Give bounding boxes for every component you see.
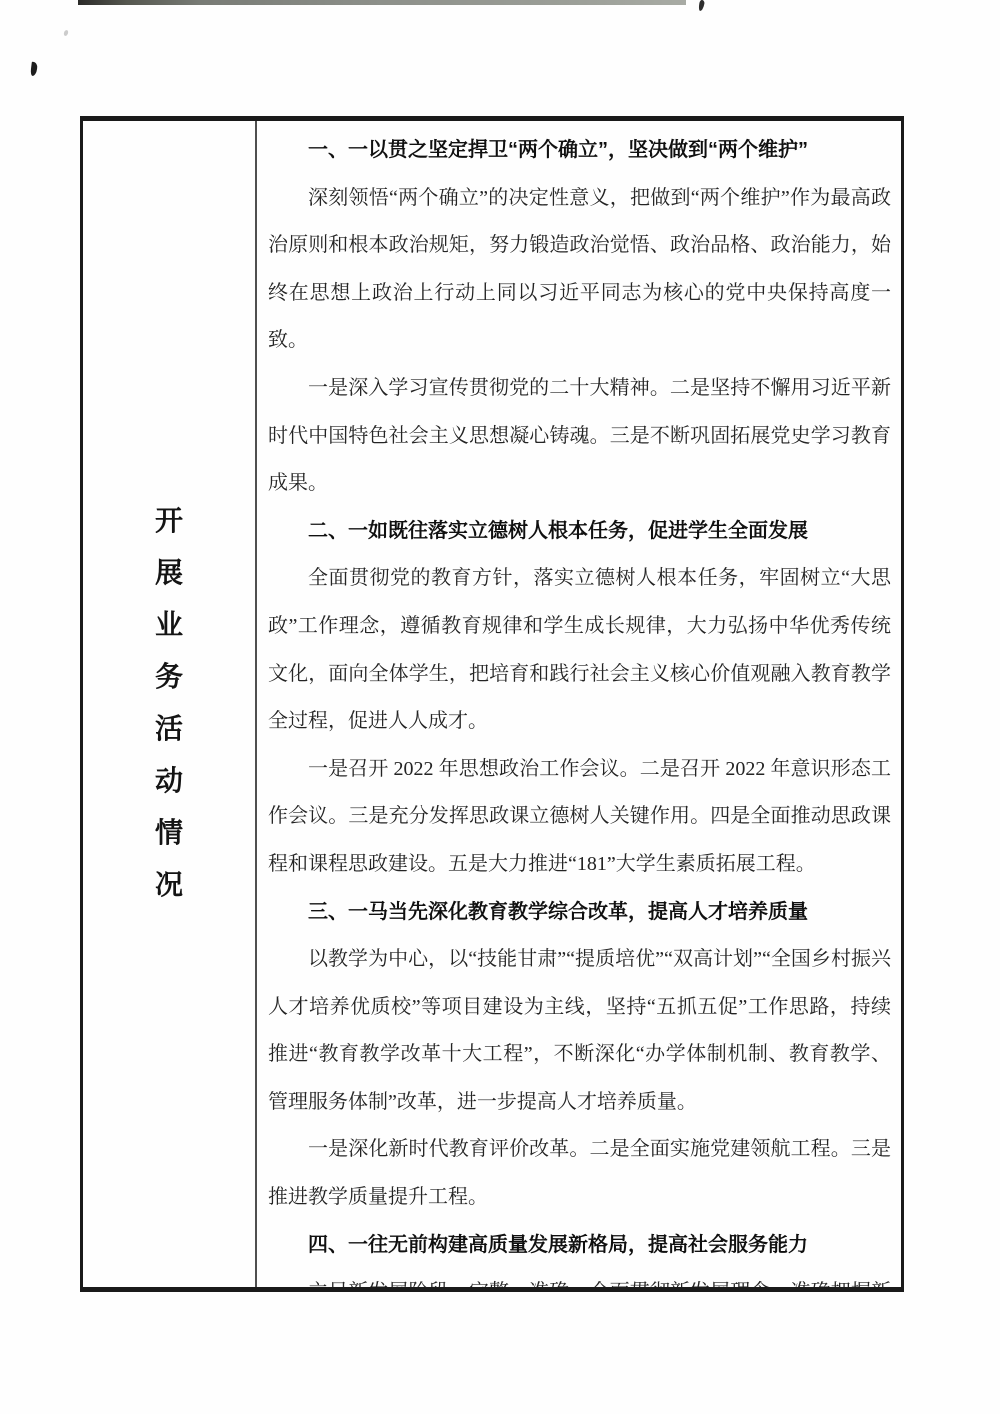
- activities-table: 开展业务活动情况 一、一以贯之坚定捍卫“两个确立”，坚决做到“两个维护”深刻领悟…: [80, 116, 904, 1292]
- body-paragraph: 一是深化新时代教育评价改革。二是全面实施党建领航工程。三是推进教学质量提升工程。: [268, 1126, 891, 1221]
- row-header-char: 展: [155, 548, 183, 600]
- row-header-cell: 开展业务活动情况: [83, 121, 257, 1287]
- body-paragraph: 一是召开 2022 年思想政治工作会议。二是召开 2022 年意识形态工作会议。…: [268, 746, 891, 889]
- row-header-char: 情: [155, 808, 183, 860]
- scan-artifact-top-band: [78, 0, 686, 5]
- body-paragraph: 立足新发展阶段，完整、准确、全面贯彻新发展理念，准确把握新时代、新形势、新机遇、…: [268, 1269, 891, 1287]
- section-heading: 三、一马当先深化教育教学综合改革，提高人才培养质量: [268, 889, 891, 937]
- row-header-label: 开展业务活动情况: [155, 496, 183, 912]
- body-paragraph: 深刻领悟“两个确立”的决定性意义，把做到“两个维护”作为最高政治原则和根本政治规…: [268, 175, 891, 365]
- row-header-char: 况: [155, 860, 183, 912]
- body-paragraph: 以教学为中心，以“技能甘肃”“提质培优”“双高计划”“全国乡村振兴人才培养优质校…: [268, 936, 891, 1126]
- row-header-char: 活: [155, 704, 183, 756]
- scan-artifact-mark: [698, 0, 705, 11]
- scan-artifact-mark: [30, 62, 38, 77]
- scan-artifact-dot: [63, 29, 69, 36]
- body-paragraph: 全面贯彻党的教育方针，落实立德树人根本任务，牢固树立“大思政”工作理念，遵循教育…: [268, 555, 891, 745]
- section-heading: 四、一往无前构建高质量发展新格局，提高社会服务能力: [268, 1222, 891, 1270]
- section-heading: 一、一以贯之坚定捍卫“两个确立”，坚决做到“两个维护”: [268, 127, 891, 175]
- row-header-char: 务: [155, 652, 183, 704]
- document-page: 开展业务活动情况 一、一以贯之坚定捍卫“两个确立”，坚决做到“两个维护”深刻领悟…: [0, 0, 1000, 1414]
- section-heading: 二、一如既往落实立德树人根本任务，促进学生全面发展: [268, 508, 891, 556]
- body-paragraph: 一是深入学习宣传贯彻党的二十大精神。二是坚持不懈用习近平新时代中国特色社会主义思…: [268, 365, 891, 508]
- row-header-char: 开: [155, 496, 183, 548]
- content-cell: 一、一以贯之坚定捍卫“两个确立”，坚决做到“两个维护”深刻领悟“两个确立”的决定…: [257, 121, 901, 1287]
- row-header-char: 动: [155, 756, 183, 808]
- row-header-char: 业: [155, 600, 183, 652]
